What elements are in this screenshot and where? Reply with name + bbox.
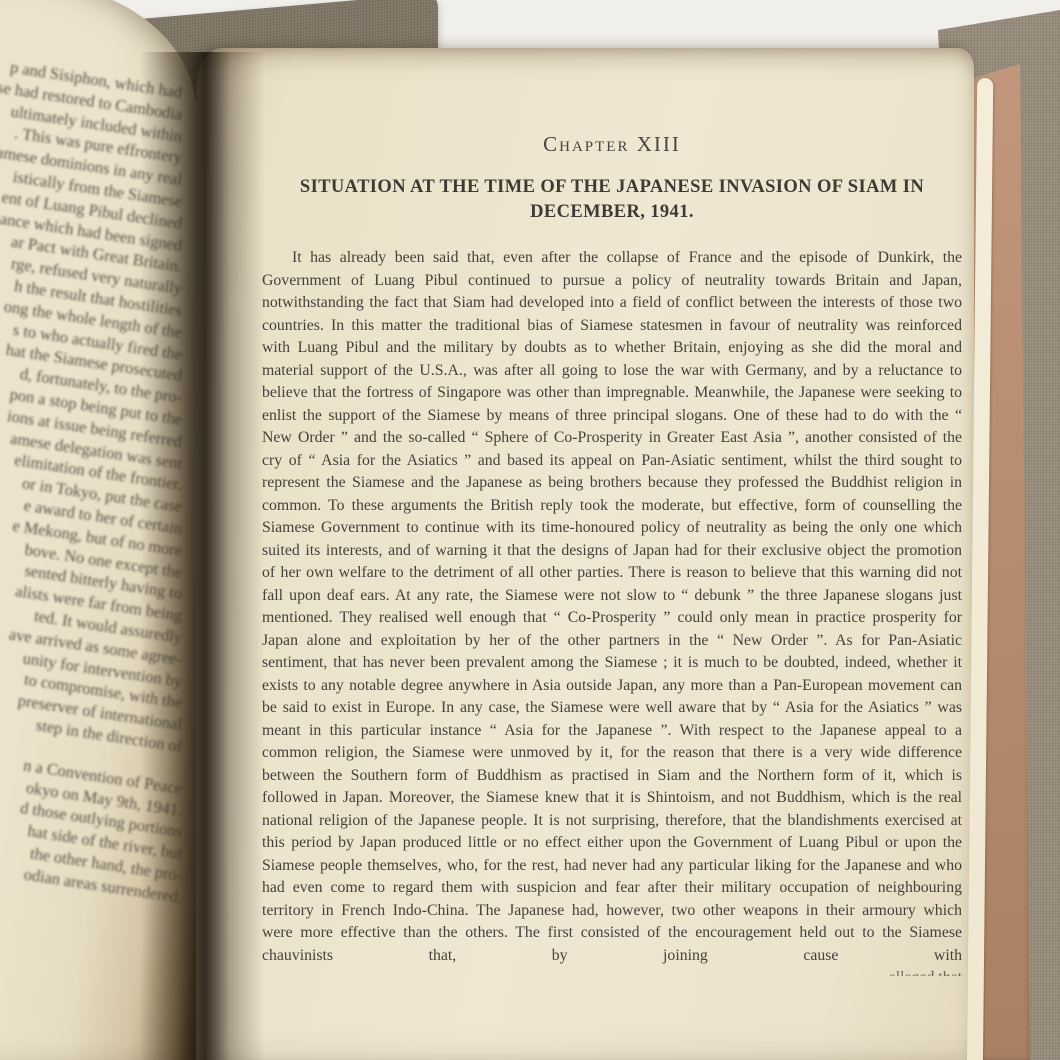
left-page-paragraph-1: p and Sisiphon, which hadese had restore…	[0, 82, 182, 758]
left-page-text-block: p and Sisiphon, which hadese had restore…	[0, 82, 182, 908]
right-page: Chapter XIII SITUATION AT THE TIME OF TH…	[196, 48, 974, 1060]
partial-clipped-line: alleged that	[262, 967, 962, 976]
left-page-paragraph-2: n a Convention of Peaceokyo on May 9th, …	[0, 778, 182, 909]
chapter-title: SITUATION AT THE TIME OF THE JAPANESE IN…	[262, 175, 962, 225]
book-photo: Chapter XIII SITUATION AT THE TIME OF TH…	[0, 0, 1060, 1060]
body-paragraph: It has already been said that, even afte…	[262, 247, 962, 967]
chapter-title-line-2: DECEMBER, 1941.	[262, 200, 962, 225]
chapter-heading: Chapter XIII	[262, 132, 962, 157]
left-page: p and Sisiphon, which hadese had restore…	[0, 0, 196, 1060]
right-page-text-block: Chapter XIII SITUATION AT THE TIME OF TH…	[262, 48, 962, 1060]
chapter-title-line-1: SITUATION AT THE TIME OF THE JAPANESE IN…	[262, 175, 962, 200]
